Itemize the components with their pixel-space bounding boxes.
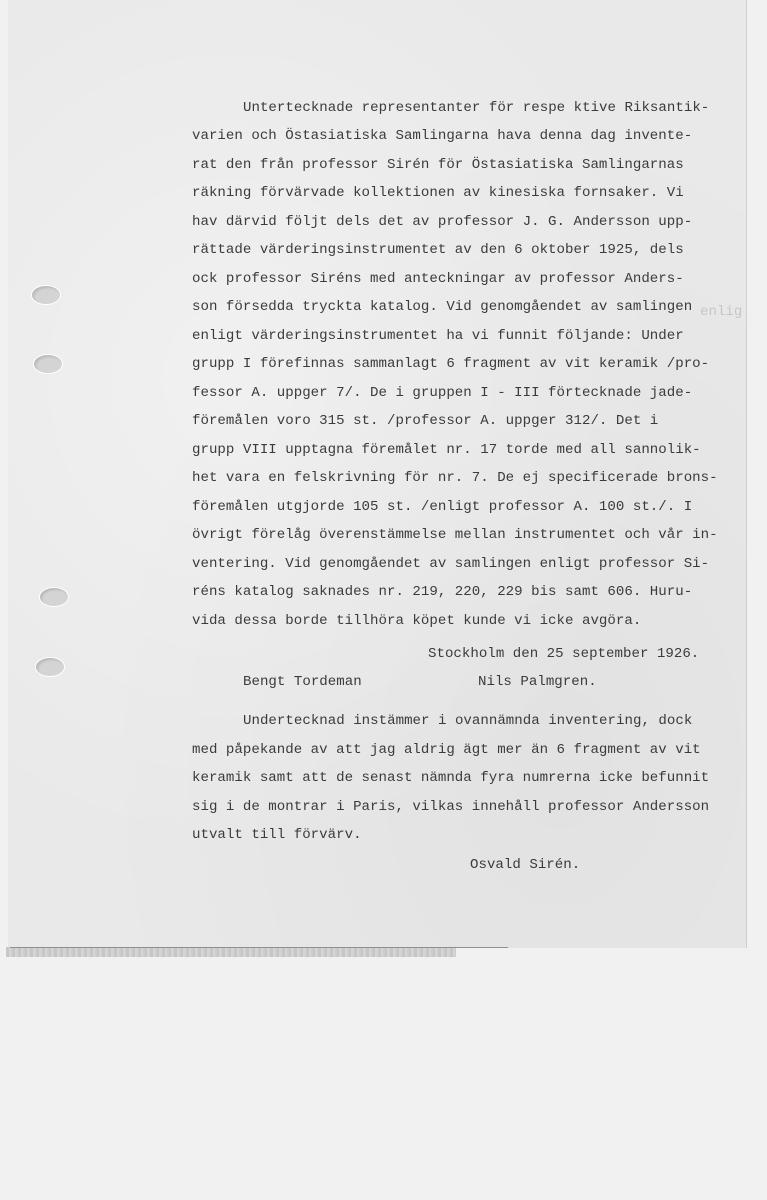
page-bottom-shadow bbox=[6, 947, 456, 957]
paragraph1-line-12: föremålen voro 315 st. /professor A. upp… bbox=[192, 412, 658, 430]
punch-hole-3 bbox=[40, 588, 68, 606]
signatory-bengt-tordeman: Bengt Tordeman bbox=[243, 673, 362, 691]
place-date: Stockholm den 25 september 1926. bbox=[428, 645, 699, 663]
punch-hole-1 bbox=[32, 286, 60, 304]
paragraph1-line-16: övrigt förelåg överenstämmelse mellan in… bbox=[192, 526, 718, 544]
paragraph1-line-4: räkning förvärvade kollektionen av kines… bbox=[192, 184, 684, 202]
paragraph1-line-14: het vara en felskrivning för nr. 7. De e… bbox=[192, 469, 718, 487]
punch-hole-2 bbox=[34, 355, 62, 373]
paragraph1-line-8: son försedda tryckta katalog. Vid genomg… bbox=[192, 298, 692, 316]
margin-note: enlig bbox=[700, 303, 742, 321]
punch-hole-4 bbox=[36, 658, 64, 676]
paragraph1-line-6: rättade värderingsinstrumentet av den 6 … bbox=[192, 241, 684, 259]
paragraph2-line-3: keramik samt att de senast nämnda fyra n… bbox=[192, 769, 709, 787]
paragraph1-line-19: vida dessa borde tillhöra köpet kunde vi… bbox=[192, 612, 641, 630]
paragraph1-line-15: föremålen utgjorde 105 st. /enligt profe… bbox=[192, 498, 692, 516]
paragraph2-line-4: sig i de montrar i Paris, vilkas innehål… bbox=[192, 798, 709, 816]
paragraph1-line-5: hav därvid följt dels det av professor J… bbox=[192, 213, 692, 231]
paragraph1-line-17: ventering. Vid genomgåendet av samlingen… bbox=[192, 555, 709, 573]
paragraph1-line-7: ock professor Siréns med anteckningar av… bbox=[192, 270, 684, 288]
paragraph1-line-1: Untertecknade representanter för respe k… bbox=[243, 99, 709, 117]
paragraph1-line-2: varien och Östasiatiska Samlingarna hava… bbox=[192, 127, 692, 145]
paragraph2-line-1: Undertecknad instämmer i ovannämnda inve… bbox=[243, 712, 692, 730]
paragraph1-line-13: grupp VIII upptagna föremålet nr. 17 tor… bbox=[192, 441, 701, 459]
paragraph1-line-3: rat den från professor Sirén för Östasia… bbox=[192, 156, 684, 174]
paragraph1-line-11: fessor A. uppger 7/. De i gruppen I - II… bbox=[192, 384, 692, 402]
paragraph2-line-2: med påpekande av att jag aldrig ägt mer … bbox=[192, 741, 701, 759]
paragraph1-line-10: grupp I förefinnas sammanlagt 6 fragment… bbox=[192, 355, 709, 373]
paragraph1-line-18: réns katalog saknades nr. 219, 220, 229 … bbox=[192, 583, 692, 601]
page-bottom-edge-line bbox=[10, 947, 508, 948]
paragraph1-line-9: enligt värderingsinstrumentet ha vi funn… bbox=[192, 327, 684, 345]
paragraph2-line-5: utvalt till förvärv. bbox=[192, 826, 362, 844]
final-signature: Osvald Sirén. bbox=[470, 856, 580, 874]
signatory-nils-palmgren: Nils Palmgren. bbox=[478, 673, 597, 691]
